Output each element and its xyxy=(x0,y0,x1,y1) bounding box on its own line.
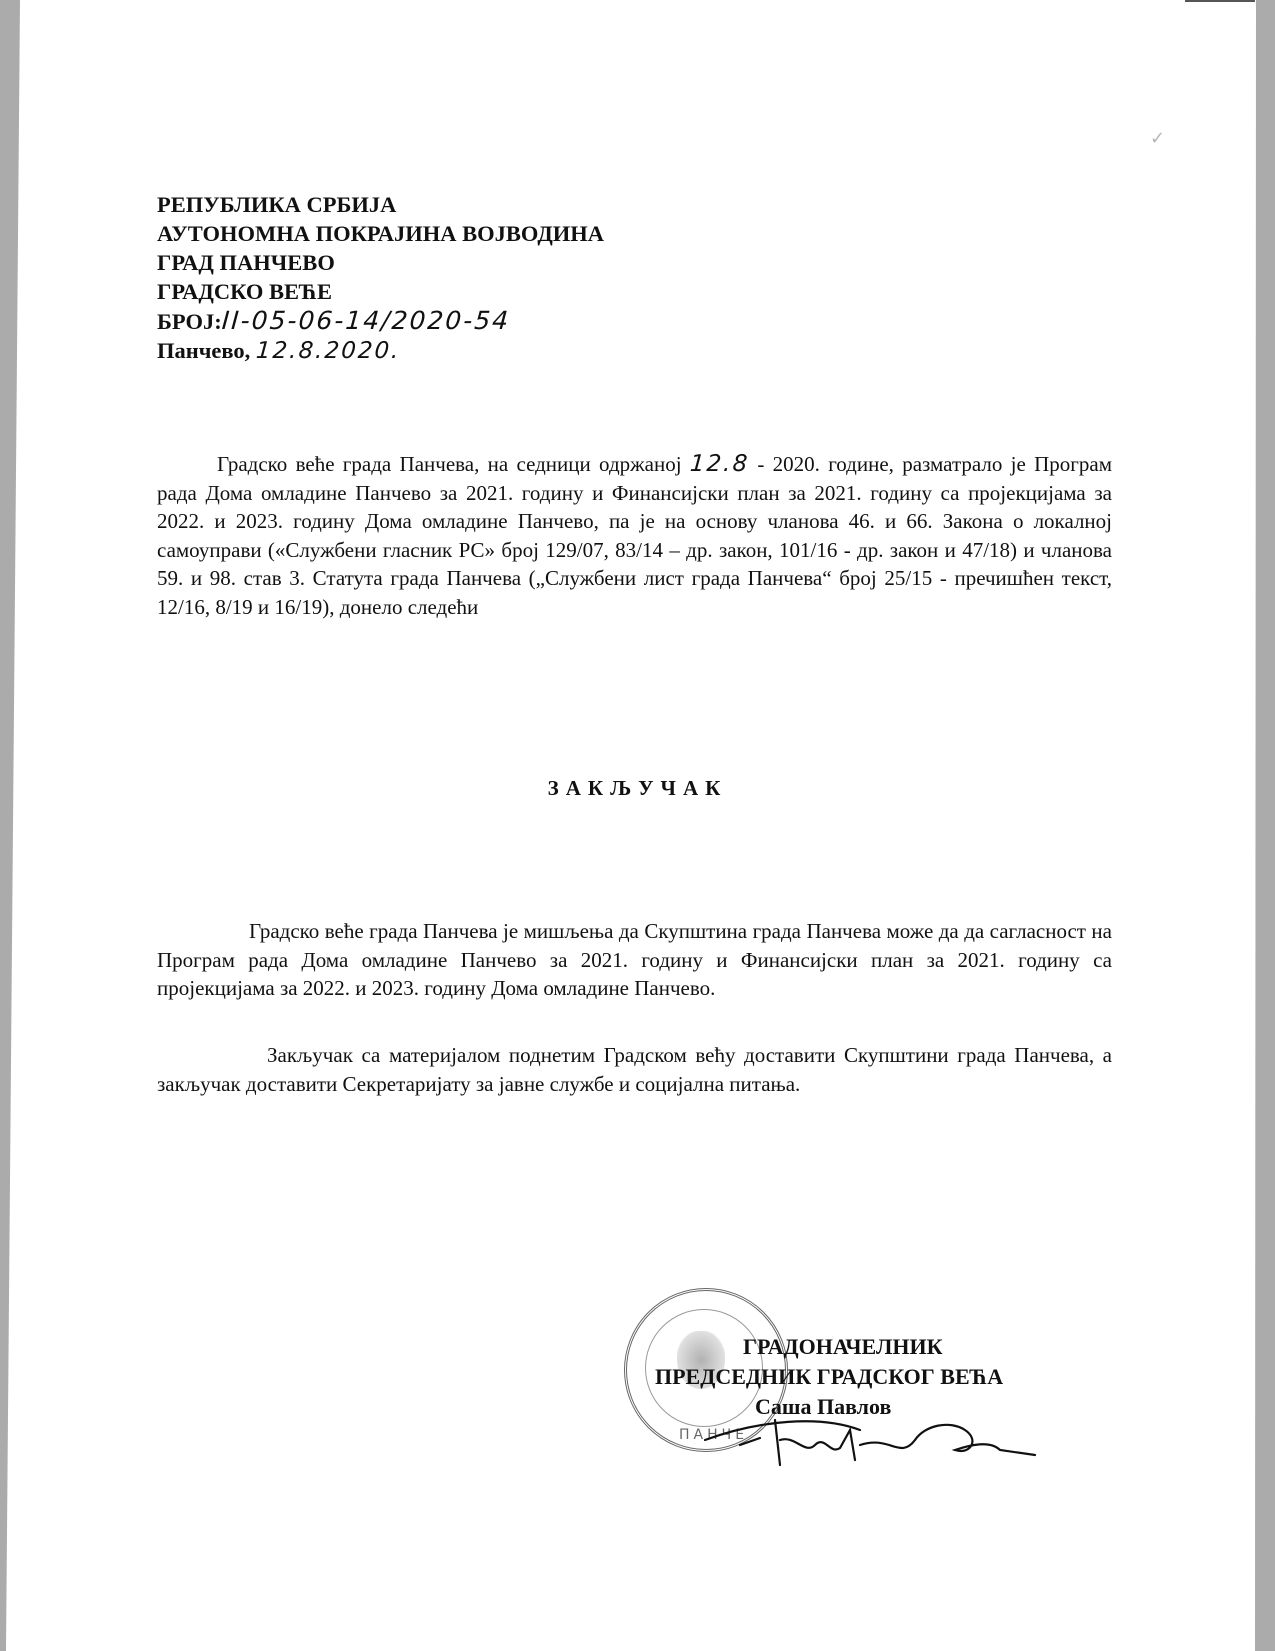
check-mark-icon: ✓ xyxy=(1150,128,1164,148)
preamble-after-date: - 2020. године, разматрало је Програм ра… xyxy=(157,452,1112,619)
session-date-handwritten: 12.8 xyxy=(689,450,750,479)
document-number: БРОЈ:II-05-06-14/2020-54 xyxy=(157,306,604,336)
preamble-paragraph: Градско веће града Панчева, на седници о… xyxy=(157,450,1112,621)
conclusion-paragraph-1: Градско веће града Панчева је мишљења да… xyxy=(157,917,1112,1003)
scan-artifact xyxy=(1185,0,1255,2)
date-handwritten: 12.8.2020. xyxy=(255,337,401,366)
signatory-title-president: ПРЕДСЕДНИК ГРАДСКОГ ВЕЋА xyxy=(620,1362,1070,1392)
preamble-before-date: Градско веће града Панчева, на седници о… xyxy=(217,452,682,476)
document-header: РЕПУБЛИКА СРБИЈА АУТОНОМНА ПОКРАЈИНА ВОЈ… xyxy=(157,190,604,366)
scan-border-left xyxy=(0,0,20,1651)
handwritten-signature xyxy=(700,1400,1040,1470)
conclusion-text-1: Градско веће града Панчева је мишљења да… xyxy=(157,919,1112,1000)
conclusion-text-2: Закључак са материјалом поднетим Градско… xyxy=(157,1043,1112,1096)
signatory-title-mayor: ГРАДОНАЧЕЛНИК xyxy=(620,1332,1070,1362)
conclusion-paragraph-2: Закључак са материјалом поднетим Градско… xyxy=(157,1041,1112,1098)
header-line-city: ГРАД ПАНЧЕВО xyxy=(157,248,604,277)
document-number-label: БРОЈ: xyxy=(157,309,222,334)
document-number-handwritten: II-05-06-14/2020-54 xyxy=(221,306,511,335)
header-line-council: ГРАДСКО ВЕЋЕ xyxy=(157,277,604,306)
document-title: ЗАКЉУЧАК xyxy=(0,776,1275,801)
header-line-country: РЕПУБЛИКА СРБИЈА xyxy=(157,190,604,219)
document-place-date: Панчево, 12.8.2020. xyxy=(157,336,604,366)
scan-border-right xyxy=(1255,0,1275,1651)
header-line-province: АУТОНОМНА ПОКРАЈИНА ВОЈВОДИНА xyxy=(157,219,604,248)
place-label: Панчево, xyxy=(157,338,250,363)
